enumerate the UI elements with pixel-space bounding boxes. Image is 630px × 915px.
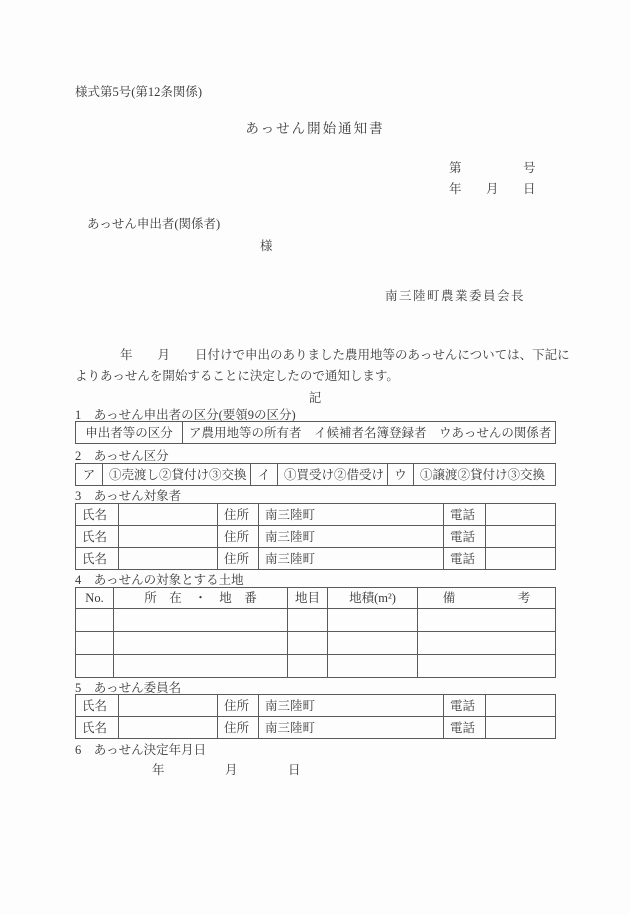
- category-a-label-cell: ア: [76, 464, 103, 486]
- category-i-value-cell: ①買受け②借受け: [278, 464, 388, 486]
- section2-heading: 2 あっせん区分: [75, 448, 169, 464]
- table-row: 氏名 住所 南三陸町 電話: [76, 548, 556, 570]
- doc-number-prefix: 第: [449, 160, 462, 176]
- honorific-label: 様: [260, 238, 273, 254]
- header-date-year-label: 年: [449, 181, 462, 197]
- phone-label-cell: 電話: [444, 717, 486, 739]
- address-label-cell: 住所: [218, 717, 259, 739]
- name-value-cell: [119, 548, 218, 570]
- land-category-cell: [288, 609, 328, 632]
- address-label-cell: 住所: [218, 526, 259, 548]
- area-cell: [328, 655, 418, 678]
- addressee-line: あっせん申出者(関係者): [87, 216, 220, 232]
- table-row: 申出者等の区分 ア農用地等の所有者 イ候補者名簿登録者 ウあっせんの関係者: [76, 422, 556, 444]
- no-cell: [76, 609, 114, 632]
- area-cell: [328, 609, 418, 632]
- location-cell: [114, 655, 288, 678]
- document-page: 様式第5号(第12条関係) あっせん開始通知書 第 号 年 月 日 あっせん申出…: [0, 0, 630, 915]
- table-row: [76, 655, 556, 678]
- category-a-value-cell: ①売渡し②貸付け③交換: [103, 464, 251, 486]
- body-line-2: よりあっせんを開始することに決定したので通知します。: [75, 368, 565, 384]
- remarks-cell: [418, 655, 556, 678]
- document-title: あっせん開始通知書: [0, 117, 630, 137]
- name-value-cell: [119, 695, 218, 717]
- phone-value-cell: [486, 548, 556, 570]
- decision-date-month-label: 月: [225, 762, 238, 778]
- col-header-remarks: 備 考: [418, 588, 556, 609]
- remarks-cell: [418, 609, 556, 632]
- address-value-cell: 南三陸町: [259, 548, 444, 570]
- col-header-location: 所 在 ・ 地 番: [114, 588, 288, 609]
- remarks-cell: [418, 632, 556, 655]
- name-value-cell: [119, 717, 218, 739]
- name-label-cell: 氏名: [76, 526, 119, 548]
- phone-value-cell: [486, 504, 556, 526]
- no-cell: [76, 632, 114, 655]
- location-cell: [114, 609, 288, 632]
- table-row: 氏名 住所 南三陸町 電話: [76, 526, 556, 548]
- address-label-cell: 住所: [218, 695, 259, 717]
- doc-number-suffix: 号: [523, 160, 536, 176]
- section4-heading: 4 あっせんの対象とする土地: [75, 572, 244, 588]
- phone-label-cell: 電話: [444, 695, 486, 717]
- section6-heading: 6 あっせん決定年月日: [75, 742, 206, 758]
- phone-label-cell: 電話: [444, 548, 486, 570]
- header-date-month-label: 月: [486, 181, 499, 197]
- phone-value-cell: [486, 526, 556, 548]
- phone-value-cell: [486, 695, 556, 717]
- address-value-cell: 南三陸町: [259, 526, 444, 548]
- table-row: [76, 632, 556, 655]
- applicant-category-value-cell: ア農用地等の所有者 イ候補者名簿登録者 ウあっせんの関係者: [183, 422, 556, 444]
- phone-label-cell: 電話: [444, 504, 486, 526]
- table-row: 氏名 住所 南三陸町 電話: [76, 717, 556, 739]
- land-category-cell: [288, 632, 328, 655]
- address-value-cell: 南三陸町: [259, 717, 444, 739]
- address-value-cell: 南三陸町: [259, 504, 444, 526]
- decision-date-day-label: 日: [288, 762, 301, 778]
- name-value-cell: [119, 504, 218, 526]
- category-u-label-cell: ウ: [388, 464, 414, 486]
- section3-heading: 3 あっせん対象者: [75, 488, 181, 504]
- col-header-area: 地積(m²): [328, 588, 418, 609]
- header-date-day-label: 日: [523, 181, 536, 197]
- phone-value-cell: [486, 717, 556, 739]
- no-cell: [76, 655, 114, 678]
- table-header-row: No. 所 在 ・ 地 番 地目 地積(m²) 備 考: [76, 588, 556, 609]
- table-row: 氏名 住所 南三陸町 電話: [76, 695, 556, 717]
- name-label-cell: 氏名: [76, 548, 119, 570]
- applicant-category-label-cell: 申出者等の区分: [76, 422, 183, 444]
- mediation-category-table: ア ①売渡し②貸付け③交換 イ ①買受け②借受け ウ ①譲渡②貸付け③交換: [75, 463, 556, 486]
- mediation-committee-table: 氏名 住所 南三陸町 電話 氏名 住所 南三陸町 電話: [75, 694, 556, 739]
- applicant-category-table: 申出者等の区分 ア農用地等の所有者 イ候補者名簿登録者 ウあっせんの関係者: [75, 421, 556, 444]
- area-cell: [328, 632, 418, 655]
- name-label-cell: 氏名: [76, 504, 119, 526]
- land-category-cell: [288, 655, 328, 678]
- form-number: 様式第5号(第12条関係): [75, 84, 202, 100]
- phone-label-cell: 電話: [444, 526, 486, 548]
- table-row: [76, 609, 556, 632]
- address-label-cell: 住所: [218, 548, 259, 570]
- name-label-cell: 氏名: [76, 717, 119, 739]
- address-label-cell: 住所: [218, 504, 259, 526]
- col-header-no: No.: [76, 588, 114, 609]
- category-i-label-cell: イ: [251, 464, 278, 486]
- location-cell: [114, 632, 288, 655]
- table-row: 氏名 住所 南三陸町 電話: [76, 504, 556, 526]
- col-header-land-category: 地目: [288, 588, 328, 609]
- address-value-cell: 南三陸町: [259, 695, 444, 717]
- sender-name: 南三陸町農業委員会長: [385, 288, 525, 304]
- table-row: ア ①売渡し②貸付け③交換 イ ①買受け②借受け ウ ①譲渡②貸付け③交換: [76, 464, 556, 486]
- ki-marker: 記: [0, 388, 630, 406]
- mediation-subjects-table: 氏名 住所 南三陸町 電話 氏名 住所 南三陸町 電話 氏名 住所 南三陸町 電…: [75, 503, 556, 570]
- name-label-cell: 氏名: [76, 695, 119, 717]
- category-u-value-cell: ①譲渡②貸付け③交換: [414, 464, 556, 486]
- target-land-table: No. 所 在 ・ 地 番 地目 地積(m²) 備 考: [75, 587, 556, 678]
- body-line-1: 年 月 日付けで申出のありました農用地等のあっせんについては、下記に: [75, 347, 565, 363]
- name-value-cell: [119, 526, 218, 548]
- decision-date-year-label: 年: [152, 762, 165, 778]
